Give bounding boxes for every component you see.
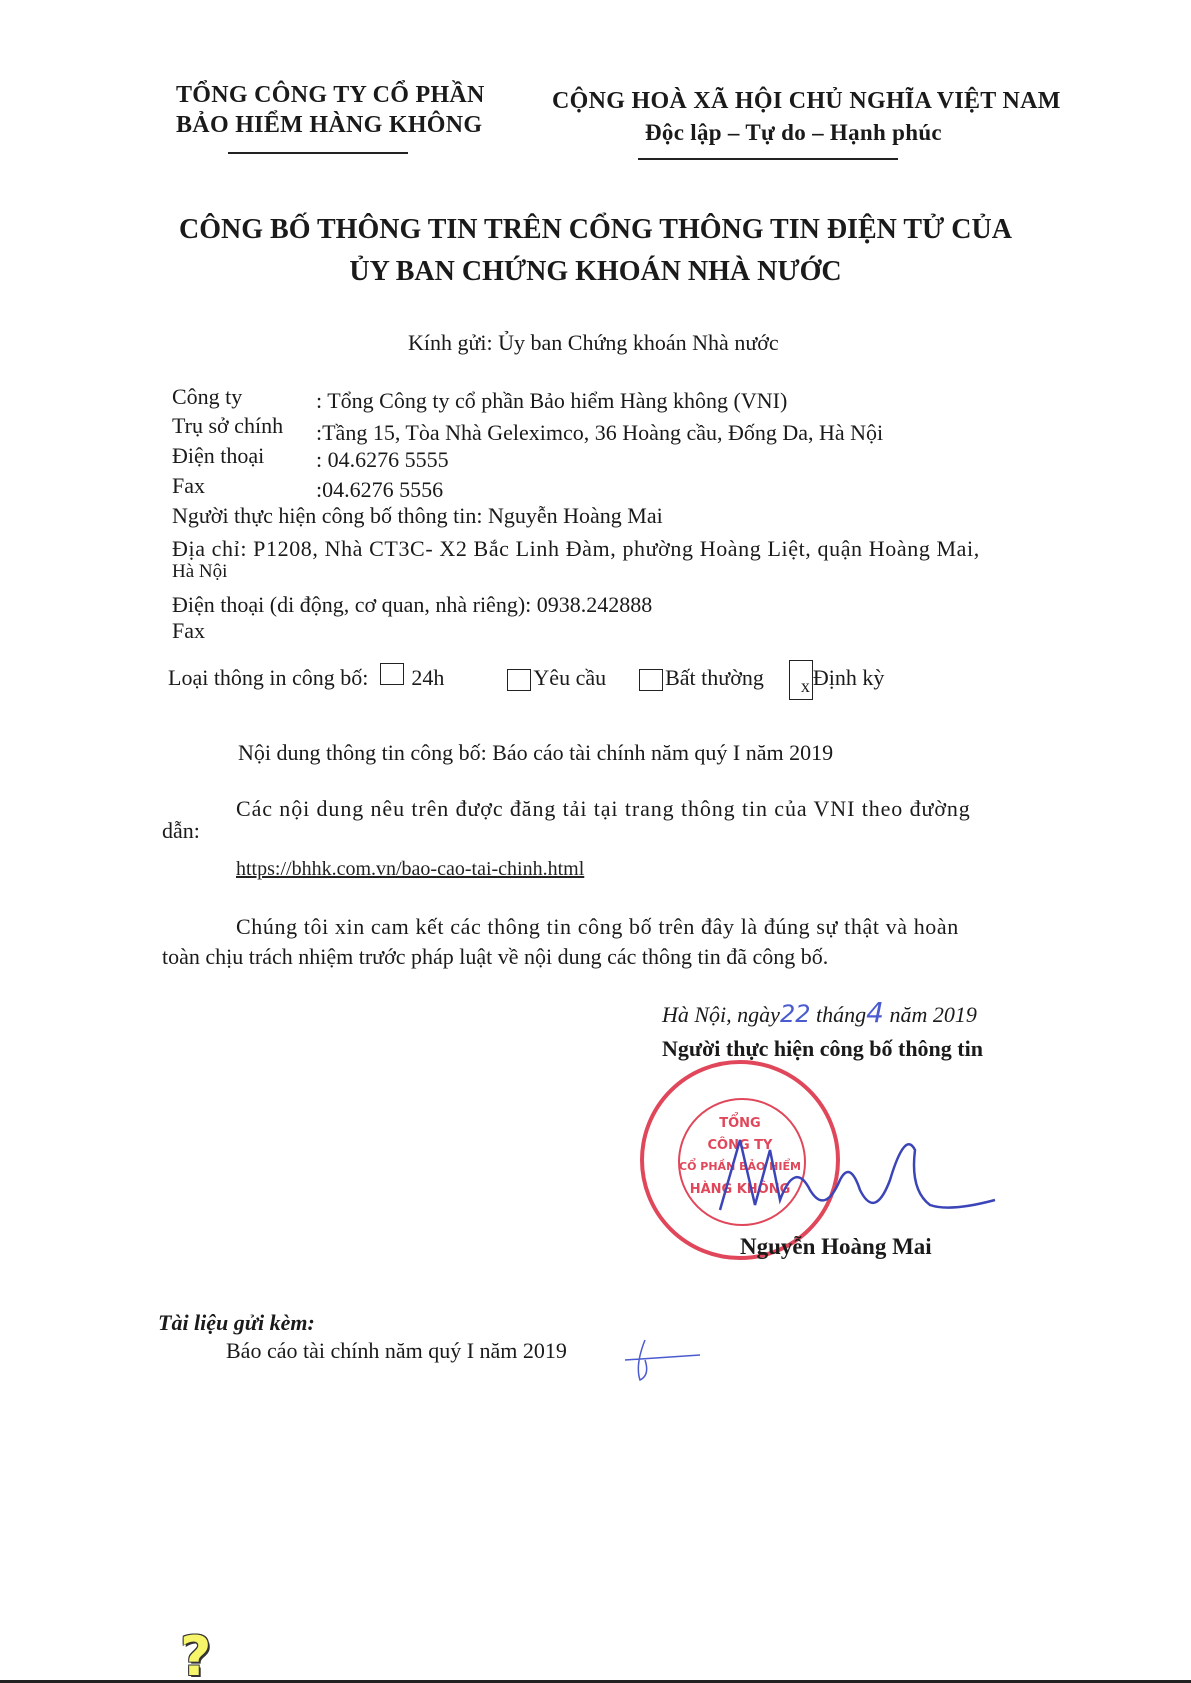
mobile-phone: Điện thoại (di động, cơ quan, nhà riêng)…: [172, 592, 652, 618]
discloser-name: Người thực hiện công bố thông tin: Nguyễ…: [172, 503, 663, 529]
company-value: : Tổng Công ty cổ phần Bảo hiểm Hàng khô…: [316, 388, 787, 414]
question-mark-icon: ?: [180, 1625, 211, 1683]
hq-value: :Tầng 15, Tòa Nhà Geleximco, 36 Hoàng cầ…: [316, 420, 883, 446]
document-title-line2: ỦY BAN CHỨNG KHOÁN NHÀ NƯỚC: [0, 256, 1191, 288]
fax-label: Fax: [172, 473, 205, 499]
national-title: CỘNG HOÀ XÃ HỘI CHỦ NGHĨA VIỆT NAM: [552, 88, 1061, 115]
fax2-label: Fax: [172, 618, 205, 644]
place-date-prefix: Hà Nội, ngày: [662, 1002, 780, 1027]
company-label: Công ty: [172, 384, 242, 410]
company-underline: [228, 152, 408, 154]
checkbox-periodic[interactable]: x: [789, 660, 813, 700]
commitment-line2: toàn chịu trách nhiệm trước pháp luật về…: [162, 944, 828, 970]
commitment-line1: Chúng tôi xin cam kết các thông tin công…: [236, 914, 959, 940]
phone-value: : 04.6276 5555: [316, 447, 449, 473]
address-line1: Địa chỉ: P1208, Nhà CT3C- X2 Bắc Linh Đà…: [172, 536, 980, 562]
document-title-line1: CÔNG BỐ THÔNG TIN TRÊN CỔNG THÔNG TIN ĐI…: [0, 214, 1191, 246]
signer-name: Nguyễn Hoàng Mai: [740, 1234, 932, 1260]
handwritten-signature: [700, 1120, 1000, 1230]
option-periodic-label: Định kỳ: [813, 665, 885, 690]
initial-mark: [615, 1335, 705, 1385]
checkbox-extraordinary[interactable]: [639, 669, 663, 691]
motto-underline: [638, 158, 898, 160]
attachments-heading: Tài liệu gửi kèm:: [158, 1310, 315, 1336]
address-line2: Hà Nội: [172, 561, 227, 583]
report-url-link[interactable]: https://bhhk.com.vn/bao-cao-tai-chinh.ht…: [236, 858, 584, 881]
fax-value: :04.6276 5556: [316, 477, 443, 503]
handwritten-day: 22: [780, 1000, 811, 1028]
posted-text-line2: dẫn:: [162, 818, 200, 844]
checkbox-24h[interactable]: [380, 663, 404, 685]
disclosure-subject: Nội dung thông tin công bố: Báo cáo tài …: [238, 740, 833, 766]
addressee: Kính gửi: Ủy ban Chứng khoán Nhà nước: [408, 330, 779, 356]
company-name-line1: TỔNG CÔNG TY CỔ PHẦN: [176, 82, 485, 109]
handwritten-month: 4: [866, 996, 884, 1029]
attachment-item: Báo cáo tài chính năm quý I năm 2019: [226, 1338, 567, 1364]
year-text: năm 2019: [889, 1002, 976, 1027]
hq-label: Trụ sở chính: [172, 413, 283, 439]
checked-x-icon: x: [801, 676, 810, 697]
posted-text-line1: Các nội dung nêu trên được đăng tải tại …: [236, 796, 971, 822]
option-24h-label: 24h: [411, 665, 444, 690]
option-on-request-label: Yêu cầu: [533, 665, 606, 690]
signer-role: Người thực hiện công bố thông tin: [662, 1036, 983, 1062]
national-motto: Độc lập – Tự do – Hạnh phúc: [645, 120, 942, 146]
place-date: Hà Nội, ngày22 tháng4 năm 2019: [662, 996, 977, 1029]
disclosure-type-row: Loại thông in công bố: 24h Yêu cầu Bất t…: [168, 660, 884, 700]
phone-label: Điện thoại: [172, 443, 264, 469]
month-prefix: tháng: [816, 1002, 866, 1027]
option-extraordinary-label: Bất thường: [665, 665, 764, 690]
company-name-line2: BẢO HIỂM HÀNG KHÔNG: [176, 112, 482, 139]
disclosure-type-label: Loại thông in công bố:: [168, 665, 368, 690]
checkbox-on-request[interactable]: [507, 669, 531, 691]
